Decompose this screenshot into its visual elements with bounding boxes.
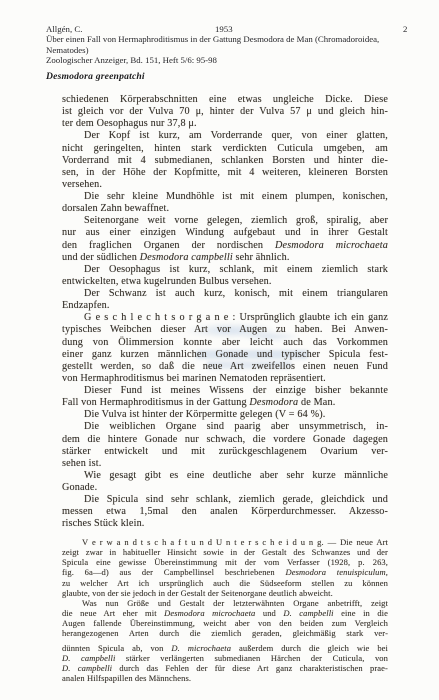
- text-line: Endzapfen.: [62, 300, 388, 312]
- text-line: Die weiblichen Organe sind paarig aber u…: [62, 421, 388, 433]
- text-line: nicht geringelten, hinten stark verdickt…: [62, 143, 388, 155]
- text-line: zeigt zwar in habitueller Hinsicht sowie…: [62, 547, 388, 557]
- text-line: herangezogenen Arten durch die ziemlich …: [62, 628, 388, 638]
- text-line: gestellt werden, so daß die neue Art zwe…: [62, 361, 388, 373]
- text-line: dem die hintere Gonade nur schwach, die …: [62, 434, 388, 446]
- text-line: Der Schwanz ist auch kurz, konisch, mit …: [62, 288, 388, 300]
- journal-citation: Zoologischer Anzeiger, Bd. 151, Heft 5/6…: [46, 55, 410, 65]
- text-line: Wie gesagt gibt es eine deutliche aber s…: [62, 470, 388, 482]
- text-line: stärker entwickelt und mit zurückgeschla…: [62, 446, 388, 458]
- text-line: G e s c h l e c h t s o r g a n e : Ursp…: [62, 312, 388, 324]
- text-line: und der südlichen Desmodora campbelli se…: [62, 252, 388, 264]
- paragraph: V e r w a n d t s c h a f t u n d U n t …: [62, 537, 388, 598]
- text-line: Spicula eine gewisse Übereinstimmung mit…: [62, 557, 388, 567]
- text-line: Augen fallende Übereinstimmung, weicht a…: [62, 618, 388, 628]
- text-line: typisches Weibchen dieser Art vor Augen …: [62, 324, 388, 336]
- text-line: Der Kopf ist kurz, am Vorderrande quer, …: [62, 130, 388, 142]
- text-line: D. campbelli stärker verlängerten submed…: [62, 653, 388, 663]
- text-line: risches Stück klein.: [62, 518, 388, 530]
- text-line: D. campbelli durch das Fehlen der für di…: [62, 663, 388, 673]
- text-line: Die Spicula sind sehr schlank, ziemlich …: [62, 494, 388, 506]
- text-line: Was nun Größe und Gestalt der letzterwäh…: [62, 598, 388, 608]
- text-line: ist gleich vor der Vulva 70 μ, hinter de…: [62, 106, 388, 118]
- author-name: Allgén, C.: [46, 24, 82, 34]
- paragraph: Wie gesagt gibt es eine deutliche aber s…: [62, 470, 388, 494]
- paragraph: Was nun Größe und Gestalt der letzterwäh…: [62, 598, 388, 639]
- scanned-document-page: Allgén, C. 1953 2 Über einen Fall von He…: [0, 0, 439, 700]
- paragraph: Die Vulva ist hinter der Körpermitte gel…: [62, 409, 388, 421]
- text-line: Der Oesophagus ist kurz, schlank, mit ei…: [62, 264, 388, 276]
- paragraph: G e s c h l e c h t s o r g a n e : Ursp…: [62, 312, 388, 385]
- paragraph: Der Schwanz ist auch kurz, konisch, mit …: [62, 288, 388, 312]
- text-line: ter dem Oesophagus nur 37,8 μ.: [62, 118, 388, 130]
- text-line: analen Hilfspapillen des Männchens.: [62, 673, 388, 683]
- paragraph: dünnten Spicula ab, von D. microchaeta a…: [62, 643, 388, 684]
- text-line: fig. 6a—d) aus der Campbellinsel beschri…: [62, 567, 388, 577]
- species-heading: Desmodora greenpatchi: [46, 71, 145, 82]
- text-line: dung von Ölimmersion konnte aber leicht …: [62, 337, 388, 349]
- paragraph: Der Kopf ist kurz, am Vorderrande quer, …: [62, 130, 388, 191]
- text-line: zu welcher Art ich ursprünglich auch die…: [62, 578, 388, 588]
- paragraph: schiedenen Körperabschnitten eine etwas …: [62, 94, 388, 130]
- smallprint-section: V e r w a n d t s c h a f t u n d U n t …: [62, 537, 388, 683]
- main-body-text: schiedenen Körperabschnitten eine etwas …: [62, 94, 388, 531]
- header-top-row: Allgén, C. 1953 2: [46, 24, 410, 34]
- paragraph: Der Oesophagus ist kurz, schlank, mit ei…: [62, 264, 388, 288]
- publication-year: 1953: [215, 24, 233, 34]
- text-line: Gonade.: [62, 482, 388, 494]
- text-line: schiedenen Körperabschnitten eine etwas …: [62, 94, 388, 106]
- text-line: V e r w a n d t s c h a f t u n d U n t …: [62, 537, 388, 547]
- article-title-line-2: Nematodes): [46, 45, 410, 55]
- text-line: glaubte, von der sie jedoch in der Gesta…: [62, 588, 388, 598]
- page-number: 2: [403, 24, 407, 34]
- text-line: messen etwa 1,5mal den analen Körperdurc…: [62, 506, 388, 518]
- text-line: einer ganz kurzen männlichen Gonade und …: [62, 349, 388, 361]
- text-line: dorsalen Zahn bewaffnet.: [62, 203, 388, 215]
- text-line: Vorderrand mit 4 submedianen, schlanken …: [62, 155, 388, 167]
- text-line: Seitenorgane weit vorne gelegen, ziemlic…: [62, 215, 388, 227]
- text-line: nur aus einer einzigen Windung aufgebaut…: [62, 227, 388, 239]
- text-line: die neue Art eher mit Desmodora microcha…: [62, 608, 388, 618]
- article-title-line-1: Über einen Fall von Hermaphroditismus in…: [46, 34, 410, 44]
- text-line: sen, in der Höhe der Kopfmitte, mit 4 we…: [62, 167, 388, 179]
- text-line: sehen ist.: [62, 458, 388, 470]
- text-line: Fall von Hermaphroditismus in der Gattun…: [62, 397, 388, 409]
- text-line: den fraglichen Organen der nordischen De…: [62, 240, 388, 252]
- text-line: von Hermaphroditismus bei marinen Nemato…: [62, 373, 388, 385]
- bibliographic-header: Allgén, C. 1953 2 Über einen Fall von He…: [46, 24, 410, 66]
- paragraph: Die weiblichen Organe sind paarig aber u…: [62, 421, 388, 470]
- text-line: Die sehr kleine Mundhöhle ist mit einem …: [62, 191, 388, 203]
- text-line: Dieser Fund ist meines Wissens der einzi…: [62, 385, 388, 397]
- text-line: dünnten Spicula ab, von D. microchaeta a…: [62, 643, 388, 653]
- text-line: entwickelten, etwa kugelrunden Bulbus ve…: [62, 276, 388, 288]
- text-line: Die Vulva ist hinter der Körpermitte gel…: [62, 409, 388, 421]
- text-line: versehen.: [62, 179, 388, 191]
- paragraph: Seitenorgane weit vorne gelegen, ziemlic…: [62, 215, 388, 264]
- paragraph: Die Spicula sind sehr schlank, ziemlich …: [62, 494, 388, 530]
- paragraph: Die sehr kleine Mundhöhle ist mit einem …: [62, 191, 388, 215]
- paragraph: Dieser Fund ist meines Wissens der einzi…: [62, 385, 388, 409]
